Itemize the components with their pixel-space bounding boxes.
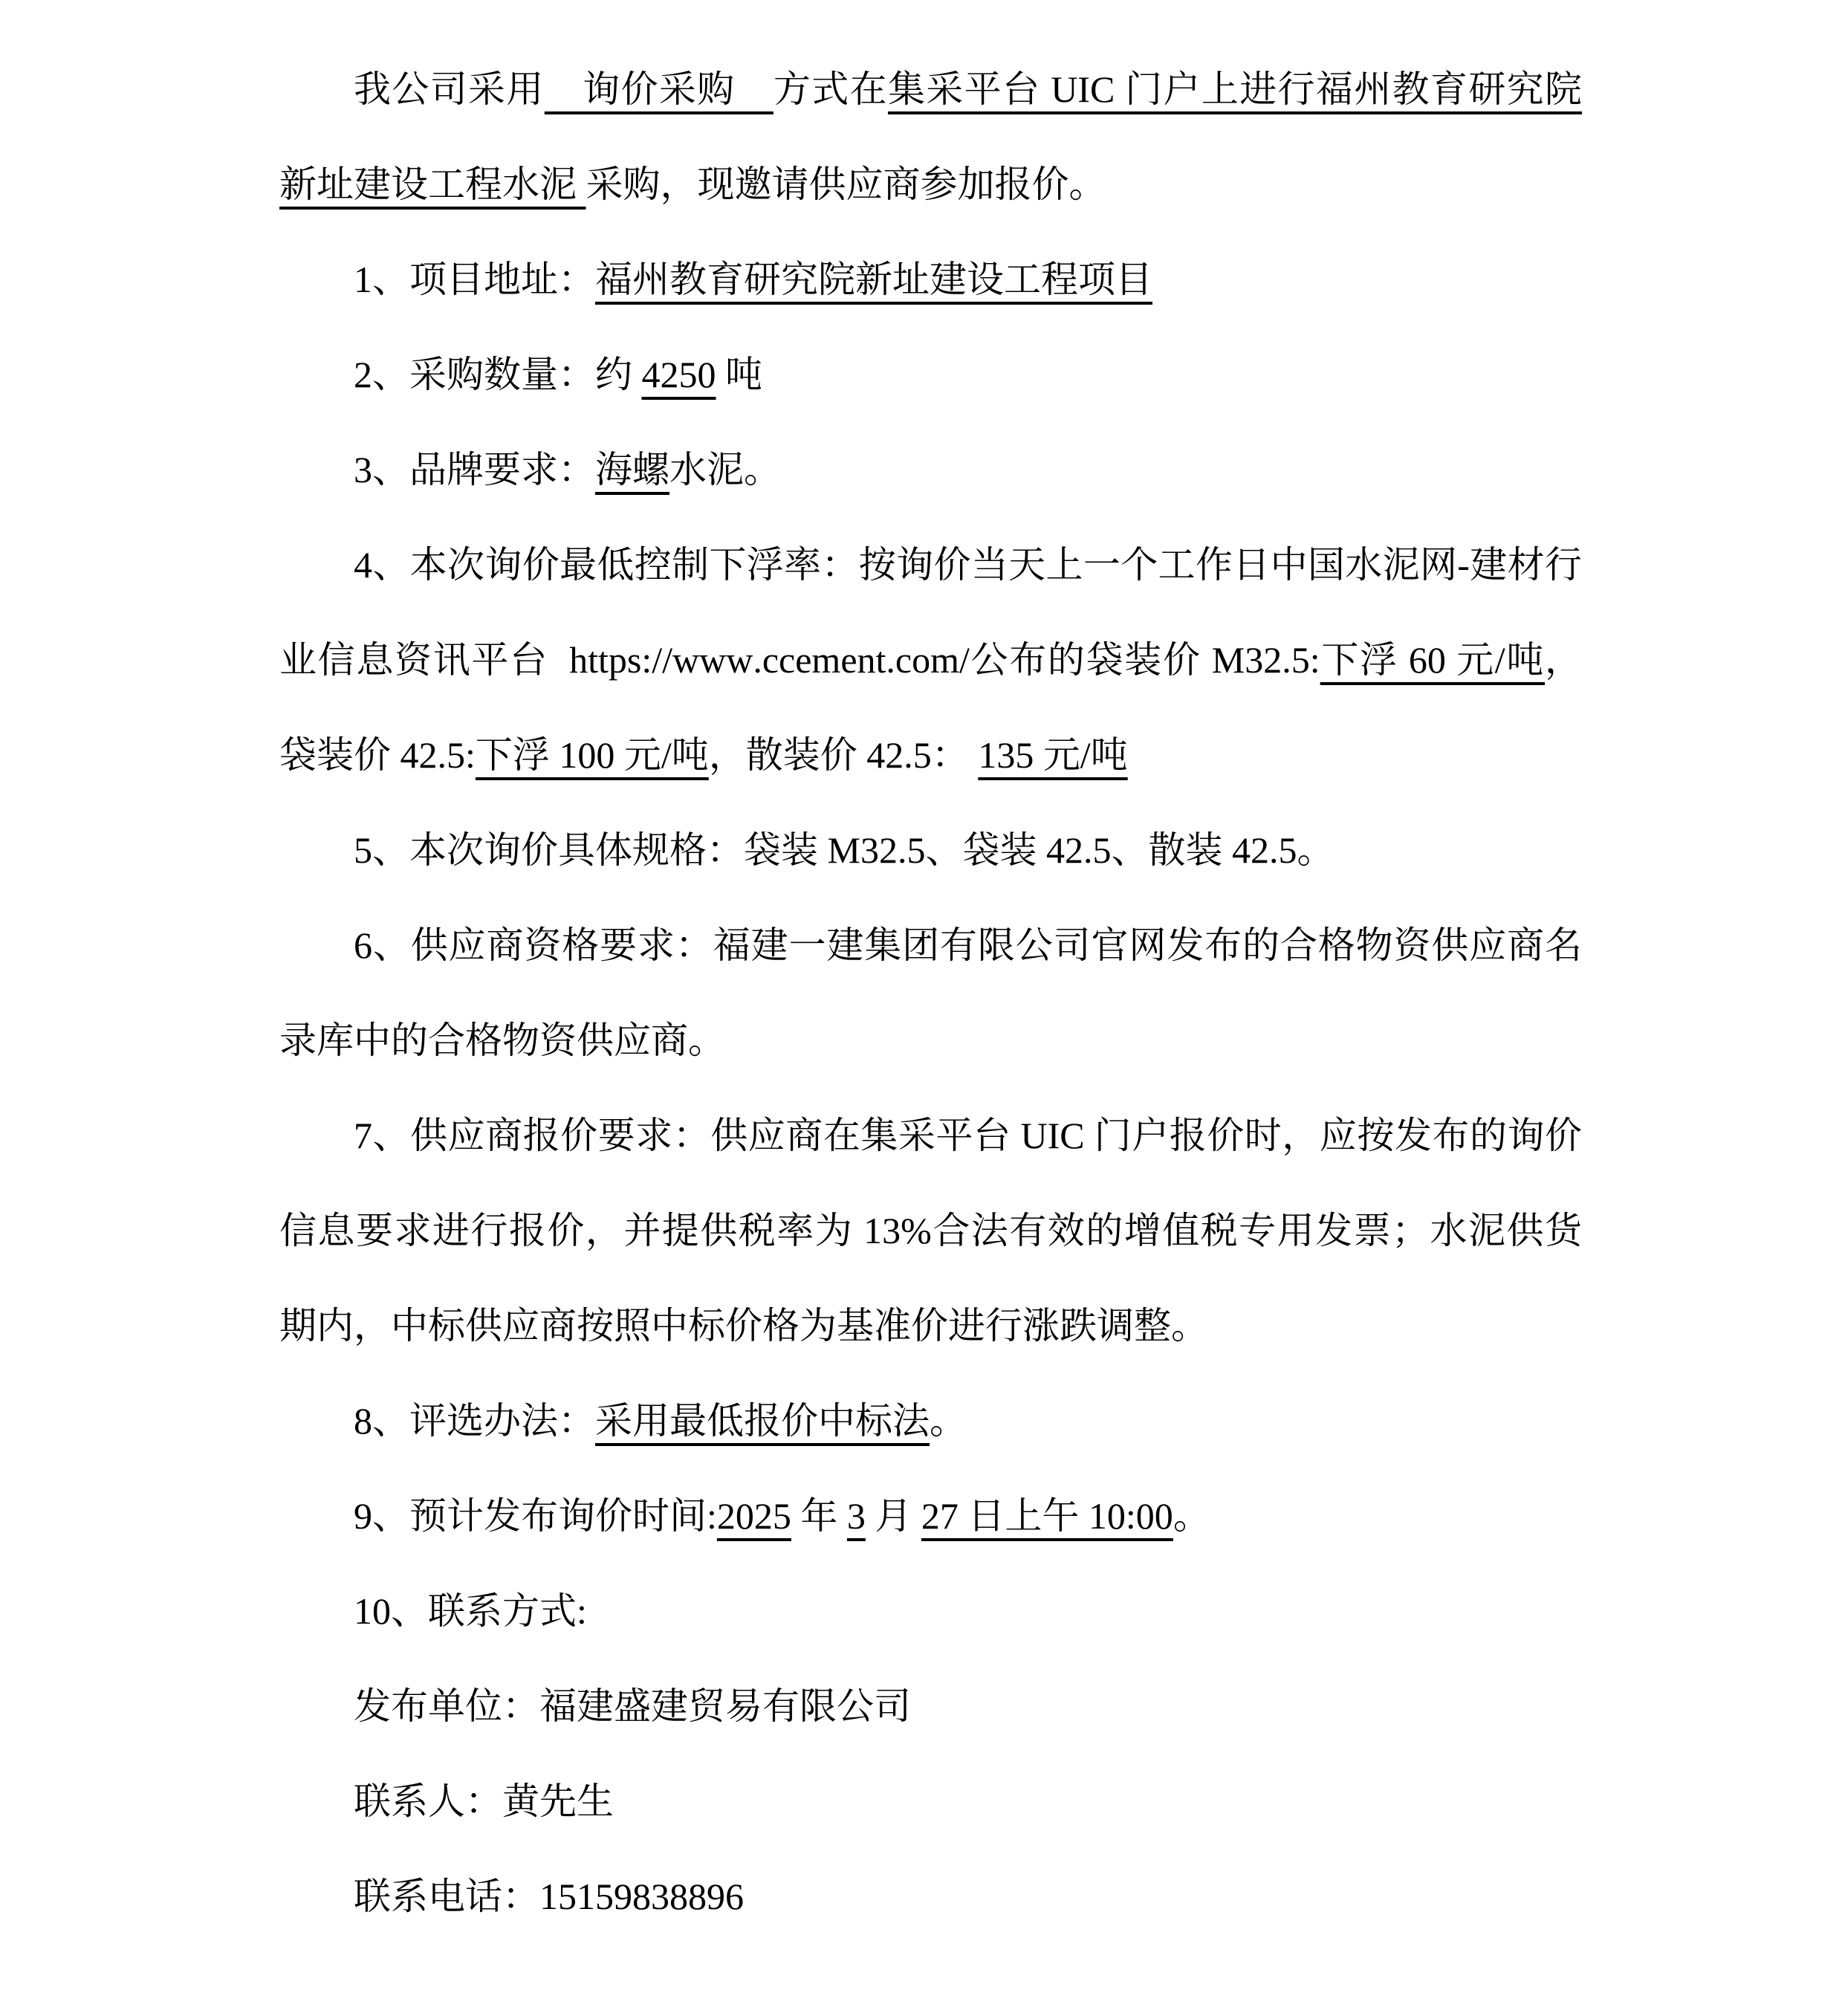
paragraph-item-2-quantity: 2、采购数量：约 4250 吨 bbox=[279, 327, 1582, 422]
text-run: 吨 bbox=[716, 354, 763, 395]
underlined-text-run: 下浮 60 元/吨 bbox=[1320, 639, 1545, 681]
text-run: 联系电话：15159838896 bbox=[354, 1876, 744, 1917]
text-run: 6、供应商资格要求：福建一建集团有限公司官网发布的合格物资供应商名录库中的合格物… bbox=[279, 924, 1582, 1061]
text-run: 。 bbox=[930, 1400, 967, 1442]
paragraph-contact-person: 联系人：黄先生 bbox=[279, 1754, 1582, 1849]
paragraph-item-9-publish-time: 9、预计发布询价时间:2025 年 3 月 27 日上午 10:00。 bbox=[279, 1468, 1582, 1563]
paragraph-item-10-contact: 10、联系方式: bbox=[279, 1563, 1582, 1659]
underlined-text-run: 福州教育研究院新址建设工程项目 bbox=[595, 259, 1152, 300]
underlined-text-run: 3 bbox=[847, 1495, 866, 1537]
text-run: 联系人：黄先生 bbox=[354, 1780, 614, 1822]
underlined-text-run: 27 日上午 10:00 bbox=[921, 1495, 1173, 1537]
text-run: 9、预计发布询价时间: bbox=[354, 1495, 717, 1537]
underlined-text-run: 海螺 bbox=[595, 449, 669, 490]
text-run: 5、本次询价具体规格：袋装 M32.5、袋装 42.5、散装 42.5。 bbox=[354, 829, 1334, 871]
underlined-text-run: 4250 bbox=[642, 354, 716, 395]
text-run: 。 bbox=[1173, 1495, 1210, 1537]
underlined-text-run: 询价采购 bbox=[545, 68, 774, 110]
paragraph-item-7-quote-requirements: 7、供应商报价要求：供应商在集采平台 UIC 门户报价时，应按发布的询价信息要求… bbox=[279, 1088, 1582, 1373]
paragraph-item-6-supplier-qualification: 6、供应商资格要求：福建一建集团有限公司官网发布的合格物资供应商名录库中的合格物… bbox=[279, 898, 1582, 1088]
paragraph-item-8-selection-method: 8、评选办法：采用最低报价中标法。 bbox=[279, 1373, 1582, 1468]
text-run: 8、评选办法： bbox=[354, 1400, 595, 1442]
text-run: 1、项目地址： bbox=[354, 259, 595, 300]
text-run: 采购，现邀请供应商参加报价。 bbox=[586, 163, 1106, 205]
paragraph-item-1-project-address: 1、项目地址：福州教育研究院新址建设工程项目 bbox=[279, 232, 1582, 327]
text-run: 我公司采用 bbox=[354, 68, 545, 110]
underlined-text-run: 下浮 100 元/吨 bbox=[476, 734, 709, 776]
underlined-text-run: 采用最低报价中标法 bbox=[595, 1400, 930, 1442]
text-run: ，散装价 42.5： bbox=[709, 734, 979, 776]
underlined-text-run: 2025 bbox=[717, 1495, 791, 1537]
underlined-text-run: 135 元/吨 bbox=[978, 734, 1127, 776]
text-run: 发布单位：福建盛建贸易有限公司 bbox=[354, 1685, 911, 1727]
paragraph-item-4-floor-rate: 4、本次询价最低控制下浮率：按询价当天上一个工作日中国水泥网-建材行业信息资讯平… bbox=[279, 517, 1582, 803]
text-run: 年 bbox=[791, 1495, 847, 1537]
paragraph-contact-phone: 联系电话：15159838896 bbox=[279, 1849, 1582, 1944]
paragraph-publisher: 发布单位：福建盛建贸易有限公司 bbox=[279, 1659, 1582, 1754]
text-run: 7、供应商报价要求：供应商在集采平台 UIC 门户报价时，应按发布的询价信息要求… bbox=[279, 1115, 1582, 1346]
text-run: 方式在 bbox=[774, 68, 888, 110]
text-run: 水泥。 bbox=[669, 449, 781, 490]
text-run: 月 bbox=[866, 1495, 921, 1537]
paragraph-item-5-specs: 5、本次询价具体规格：袋装 M32.5、袋装 42.5、散装 42.5。 bbox=[279, 803, 1582, 898]
text-run: 2、采购数量：约 bbox=[354, 354, 642, 395]
text-run: 3、品牌要求： bbox=[354, 449, 595, 490]
text-run: 10、联系方式: bbox=[354, 1590, 587, 1632]
paragraph-intro: 我公司采用 询价采购 方式在集采平台 UIC 门户上进行福州教育研究院新址建设工… bbox=[279, 42, 1582, 232]
paragraph-item-3-brand: 3、品牌要求：海螺水泥。 bbox=[279, 422, 1582, 517]
document-page: 我公司采用 询价采购 方式在集采平台 UIC 门户上进行福州教育研究院新址建设工… bbox=[0, 0, 1842, 2016]
